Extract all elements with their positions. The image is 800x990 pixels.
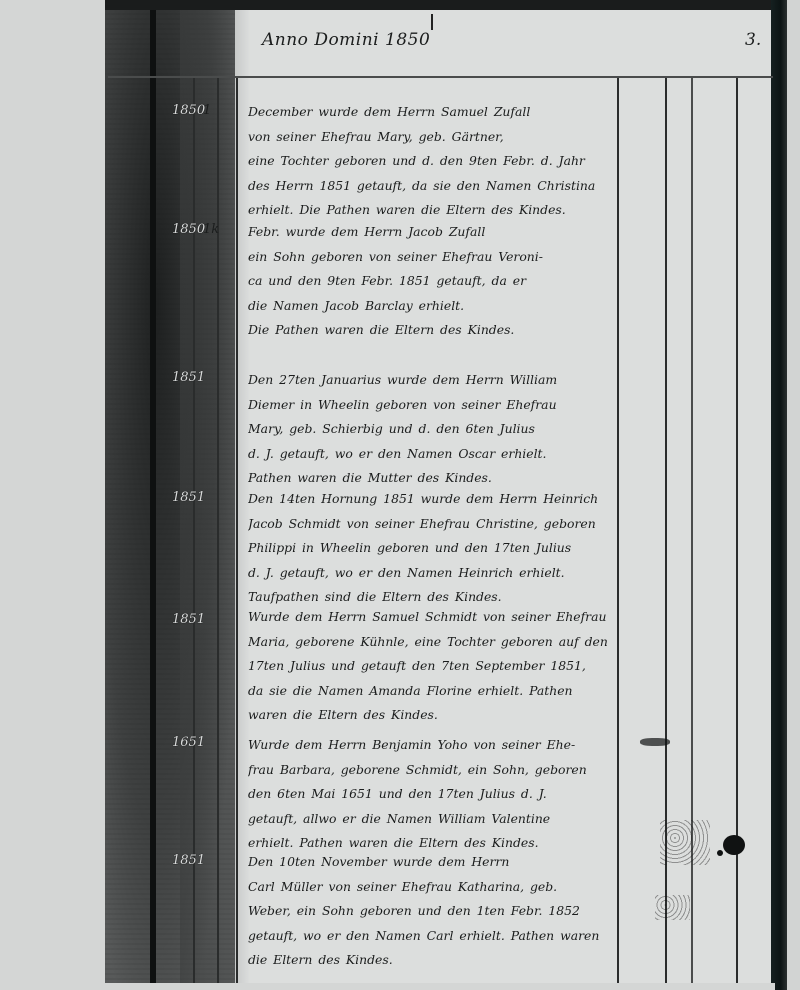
register-entry: Den 27ten Januarius wurde dem Herrn Will…	[248, 368, 620, 491]
header-tick-mark	[431, 14, 433, 30]
entry-line: den 6ten Mai 1651 und den 17ten Julius d…	[248, 782, 620, 807]
scan-noise	[660, 820, 710, 865]
scan-noise	[655, 895, 690, 920]
entry-line: die Namen Jacob Barclay erhielt.	[248, 294, 620, 319]
register-entry: Den 14ten Hornung 1851 wurde dem Herrn H…	[248, 487, 620, 610]
entry-line: Den 14ten Hornung 1851 wurde dem Herrn H…	[248, 487, 620, 512]
entry-line: eine Tochter geboren und d. den 9ten Feb…	[248, 149, 620, 174]
ink-blot	[723, 835, 745, 855]
entry-line: des Herrn 1851 getauft, da sie den Namen…	[248, 174, 620, 199]
entry-day: 1	[203, 103, 211, 118]
column-rule-year	[193, 78, 195, 983]
page-title: Anno Domini 1850	[262, 30, 430, 50]
register-entry: Wurde dem Herrn Samuel Schmidt von seine…	[248, 605, 620, 728]
entry-line: die Eltern des Kindes.	[248, 948, 620, 973]
entry-line: da sie die Namen Amanda Florine erhielt.…	[248, 679, 620, 704]
column-rule-text	[236, 78, 238, 983]
entry-line: Jacob Schmidt von seiner Ehefrau Christi…	[248, 512, 620, 537]
register-entry: Den 10ten November wurde dem Herrn Carl …	[248, 850, 620, 973]
entry-line: ca und den 9ten Febr. 1851 getauft, da e…	[248, 269, 620, 294]
entry-line: Wurde dem Herrn Samuel Schmidt von seine…	[248, 605, 620, 630]
entry-line: Den 10ten November wurde dem Herrn	[248, 850, 620, 875]
scan-bottom-edge	[105, 983, 775, 990]
entry-year: 1851	[172, 490, 205, 505]
entry-line: d. J. getauft, wo er den Namen Heinrich …	[248, 561, 620, 586]
entry-line: d. J. getauft, wo er den Namen Oscar erh…	[248, 442, 620, 467]
entry-line: von seiner Ehefrau Mary, geb. Gärtner,	[248, 125, 620, 150]
entry-line: frau Barbara, geborene Schmidt, ein Sohn…	[248, 758, 620, 783]
entry-line: getauft, allwo er die Namen William Vale…	[248, 807, 620, 832]
entry-line: Philippi in Wheelin geboren und den 17te…	[248, 536, 620, 561]
ink-speck	[717, 850, 723, 856]
entry-line: 17ten Julius und getauft den 7ten Septem…	[248, 654, 620, 679]
entry-line: waren die Eltern des Kindes.	[248, 703, 620, 728]
entry-year: 1850	[172, 222, 205, 237]
entry-line: Mary, geb. Schierbig und d. den 6ten Jul…	[248, 417, 620, 442]
entry-line: Diemer in Wheelin geboren von seiner Ehe…	[248, 393, 620, 418]
entry-day: 1k	[203, 222, 219, 237]
ink-smudge	[640, 738, 670, 746]
column-rule-day	[217, 78, 219, 983]
register-entry: Wurde dem Herrn Benjamin Yoho von seiner…	[248, 733, 620, 856]
entry-year: 1851	[172, 612, 205, 627]
scan-right-margin	[787, 0, 800, 990]
entry-year: 1851	[172, 370, 205, 385]
entry-line: Wurde dem Herrn Benjamin Yoho von seiner…	[248, 733, 620, 758]
entry-line: December wurde dem Herrn Samuel Zufall	[248, 100, 620, 125]
scan-top-edge	[105, 0, 800, 10]
register-entry: December wurde dem Herrn Samuel Zufall v…	[248, 100, 620, 223]
entry-line: getauft, wo er den Namen Carl erhielt. P…	[248, 924, 620, 949]
header-rule	[108, 76, 773, 78]
entry-line: Febr. wurde dem Herrn Jacob Zufall	[248, 220, 620, 245]
entry-line: Den 27ten Januarius wurde dem Herrn Will…	[248, 368, 620, 393]
entry-year: 1850	[172, 103, 205, 118]
register-entry: Febr. wurde dem Herrn Jacob Zufall ein S…	[248, 220, 620, 343]
entry-line: Weber, ein Sohn geboren und den 1ten Feb…	[248, 899, 620, 924]
entry-line: Die Pathen waren die Eltern des Kindes.	[248, 318, 620, 343]
entry-year: 1851	[172, 853, 205, 868]
scan-right-edge	[771, 0, 787, 990]
page-number: 3.	[745, 30, 761, 50]
entry-year: 1651	[172, 735, 205, 750]
entry-line: ein Sohn geboren von seiner Ehefrau Vero…	[248, 245, 620, 270]
entry-line: Maria, geborene Kühnle, eine Tochter geb…	[248, 630, 620, 655]
binding-spine	[150, 10, 156, 985]
entry-line: Carl Müller von seiner Ehefrau Katharina…	[248, 875, 620, 900]
